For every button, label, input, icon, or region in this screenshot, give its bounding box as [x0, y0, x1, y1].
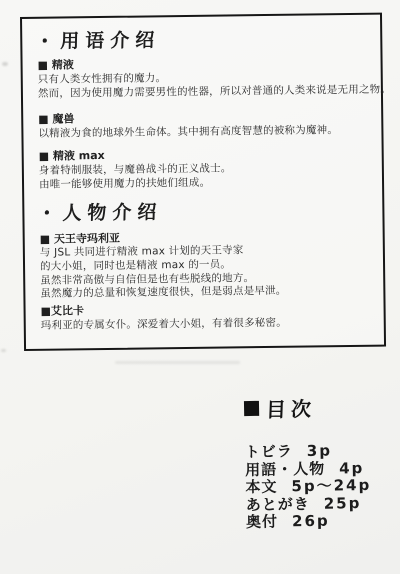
black-square-icon	[244, 401, 259, 416]
section-line: 由唯一能够使用魔力的扶她们组成。	[39, 175, 232, 191]
section-line: 以精液为食的地球外生命体。其中拥有高度智慧的被称为魔神。	[38, 123, 338, 141]
toc-entry-page: 26p	[292, 512, 330, 531]
term-section-seieki-max: ■ 精液 max 身着特制服装，与魔兽战斗的正义战士。 由唯一能够使用魔力的扶她…	[39, 146, 232, 191]
char-section-erika: ■艾比卡 玛利亚的专属女仆。深爱着大小姐，有着很多秘密。	[41, 301, 287, 333]
scanned-page: ・用语介绍 ■ 精液 只有人类女性拥有的魔力。 然而，因为使用魔力需要男性的性器…	[0, 0, 400, 574]
toc-entry-page: 25p	[324, 494, 362, 513]
characters-heading: ・人物介绍	[37, 197, 163, 226]
toc-list: トビラ3p 用語・人物4p 本文5p～24p あとがき25p 奥付26p	[245, 442, 372, 532]
toc-title: 目次	[266, 393, 317, 423]
terminology-heading: ・用语介绍	[35, 25, 161, 54]
toc-entry-label: 奥付	[246, 513, 278, 532]
toc-entry-page: 3p	[307, 442, 332, 460]
section-line: 玛利亚的专属女仆。深爱着大小姐，有着很多秘密。	[41, 316, 287, 333]
toc-entry-label: 本文	[245, 478, 277, 497]
section-line: 虽然魔力的总量和恢复速度很快，但是弱点是早泄。	[40, 285, 286, 302]
info-frame: ・用语介绍 ■ 精液 只有人类女性拥有的魔力。 然而，因为使用魔力需要男性的性器…	[20, 13, 386, 351]
term-section-majuu: ■ 魔兽 以精液为食的地球外生命体。其中拥有高度智慧的被称为魔神。	[38, 108, 338, 141]
toc-entry-label: トビラ	[245, 442, 293, 461]
toc-entry: 奥付26p	[246, 512, 372, 532]
scan-artifact	[2, 62, 8, 66]
toc-entry-label: 用語・人物	[245, 459, 325, 478]
term-section-seieki: ■ 精液 只有人类女性拥有的魔力。 然而，因为使用魔力需要男性的性器，所以对普通…	[37, 53, 391, 100]
table-of-contents: 目次 トビラ3p 用語・人物4p 本文5p～24p あとがき25p 奥付26p	[244, 392, 372, 532]
toc-entry-page: 4p	[339, 459, 364, 477]
toc-entry-label: あとがき	[246, 494, 310, 513]
toc-entry-page: 5p～24p	[291, 476, 371, 495]
scan-artifact	[115, 361, 240, 364]
char-section-maria: ■ 天王寺玛利亚 与 JSL 共同进行精液 max 计划的天王寺家 的大小姐，同…	[40, 229, 287, 302]
scan-artifact	[1, 349, 6, 352]
toc-heading: 目次	[244, 392, 370, 423]
section-line: 然而，因为使用魔力需要男性的性器，所以对普通的人类来说是无用之物。	[38, 82, 391, 100]
